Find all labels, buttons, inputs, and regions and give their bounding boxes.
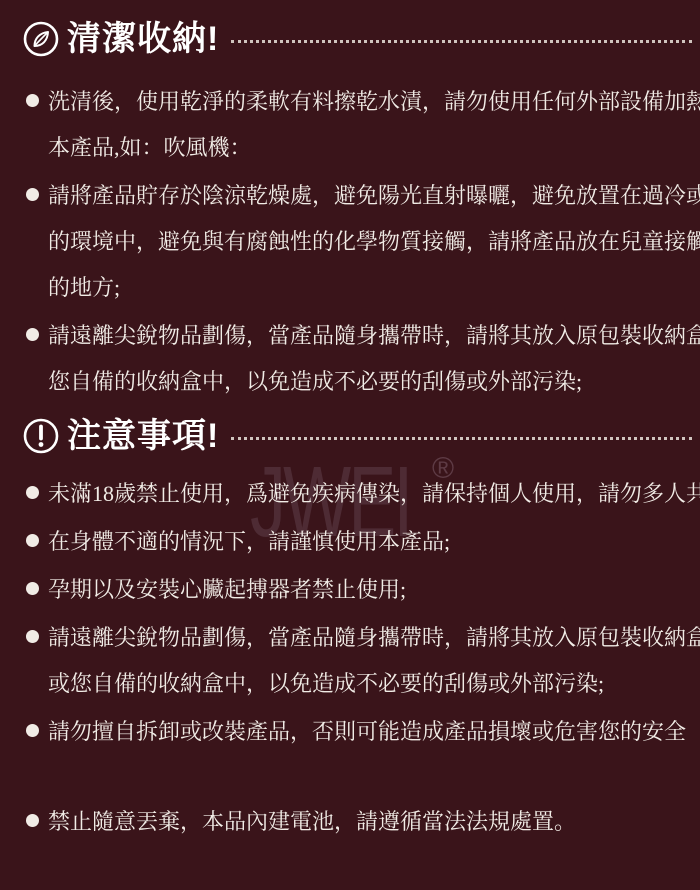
section-header-precautions: 注意事項! (22, 417, 700, 455)
bullet-dot (26, 94, 39, 107)
bullet-dot (26, 814, 39, 827)
care-instructions-leaflet: JWEI ® 清潔收納! 洗清後，使用乾淨的柔軟有料擦乾水漬，請勿使用任何外部設… (0, 0, 700, 890)
list-item: 未滿18歲禁止使用，爲避免疾病傳染，請保持個人使用，請勿多人共用; (26, 471, 696, 517)
exclamation-circle-icon (22, 417, 60, 455)
bullet-text: 孕期以及安裝心臟起搏器者禁止使用; (48, 567, 406, 613)
list-item-disposal: 禁止隨意丟棄，本品內建電池，請遵循當法法規處置。 (26, 799, 696, 845)
bullet-text: 請遠離尖銳物品劃傷，當產品隨身攜帶時，請將其放入原包裝收納盒中 或您自備的收納盒… (48, 615, 700, 707)
precautions-bullet-list: 未滿18歲禁止使用，爲避免疾病傳染，請保持個人使用，請勿多人共用; 在身體不適的… (26, 471, 700, 845)
list-item: 請勿擅自拆卸或改裝產品，否則可能造成產品損壞或危害您的安全 (26, 709, 696, 755)
bullet-dot (26, 328, 39, 341)
bullet-line: 的地方; (48, 265, 700, 311)
bullet-text: 在身體不適的情況下，請謹慎使用本產品; (48, 519, 450, 565)
bullet-line: 請將產品貯存於陰涼乾燥處，避免陽光直射曝曬，避免放置在過冷或過熱 (48, 173, 700, 219)
bullet-text: 禁止隨意丟棄，本品內建電池，請遵循當法法規處置。 (48, 799, 576, 845)
bullet-text: 洗清後，使用乾淨的柔軟有料擦乾水漬，請勿使用任何外部設備加熱烘乾 本產品,如：吹… (48, 79, 700, 171)
bullet-line: 您自備的收納盒中，以免造成不必要的刮傷或外部污染; (48, 359, 700, 405)
list-item: 孕期以及安裝心臟起搏器者禁止使用; (26, 567, 696, 613)
bullet-dot (26, 724, 39, 737)
bullet-line: 請勿擅自拆卸或改裝產品，否則可能造成產品損壞或危害您的安全 (48, 709, 686, 755)
bullet-text: 請將產品貯存於陰涼乾燥處，避免陽光直射曝曬，避免放置在過冷或過熱 的環境中，避免… (48, 173, 700, 311)
bullet-dot (26, 486, 39, 499)
bullet-dot (26, 534, 39, 547)
section-title-cleaning-storage: 清潔收納! (67, 20, 219, 58)
list-item: 請遠離尖銳物品劃傷，當產品隨身攜帶時，請將其放入原包裝收納盒中或 您自備的收納盒… (26, 313, 696, 405)
bullet-line: 的環境中，避免與有腐蝕性的化學物質接觸，請將產品放在兒童接觸不到 (48, 219, 700, 265)
bullet-dot (26, 188, 39, 201)
bullet-line: 請遠離尖銳物品劃傷，當產品隨身攜帶時，請將其放入原包裝收納盒中或 (48, 313, 700, 359)
bullet-line: 在身體不適的情況下，請謹慎使用本產品; (48, 519, 450, 565)
section-header-cleaning-storage: 清潔收納! (22, 0, 700, 58)
cleaning-storage-bullet-list: 洗清後，使用乾淨的柔軟有料擦乾水漬，請勿使用任何外部設備加熱烘乾 本產品,如：吹… (26, 79, 700, 405)
bullet-line: 本產品,如：吹風機： (48, 125, 700, 171)
bullet-line: 或您自備的收納盒中，以免造成不必要的刮傷或外部污染; (48, 661, 700, 707)
list-item: 請遠離尖銳物品劃傷，當產品隨身攜帶時，請將其放入原包裝收納盒中 或您自備的收納盒… (26, 615, 696, 707)
bullet-line: 未滿18歲禁止使用，爲避免疾病傳染，請保持個人使用，請勿多人共用; (48, 471, 700, 517)
list-item: 請將產品貯存於陰涼乾燥處，避免陽光直射曝曬，避免放置在過冷或過熱 的環境中，避免… (26, 173, 696, 311)
bullet-line: 禁止隨意丟棄，本品內建電池，請遵循當法法規處置。 (48, 799, 576, 845)
bullet-dot (26, 582, 39, 595)
list-item: 在身體不適的情況下，請謹慎使用本產品; (26, 519, 696, 565)
bullet-line: 孕期以及安裝心臟起搏器者禁止使用; (48, 567, 406, 613)
list-item: 洗清後，使用乾淨的柔軟有料擦乾水漬，請勿使用任何外部設備加熱烘乾 本產品,如：吹… (26, 79, 696, 171)
dotted-rule (231, 437, 692, 440)
bullet-text: 請勿擅自拆卸或改裝產品，否則可能造成產品損壞或危害您的安全 (48, 709, 686, 755)
leaflet-content: 清潔收納! 洗清後，使用乾淨的柔軟有料擦乾水漬，請勿使用任何外部設備加熱烘乾 本… (0, 0, 700, 845)
dotted-rule (231, 40, 692, 43)
bullet-text: 請遠離尖銳物品劃傷，當產品隨身攜帶時，請將其放入原包裝收納盒中或 您自備的收納盒… (48, 313, 700, 405)
bullet-line: 洗清後，使用乾淨的柔軟有料擦乾水漬，請勿使用任何外部設備加熱烘乾 (48, 79, 700, 125)
leaf-circle-icon (22, 20, 60, 58)
bullet-dot (26, 630, 39, 643)
section-title-precautions: 注意事項! (67, 417, 219, 455)
bullet-text: 未滿18歲禁止使用，爲避免疾病傳染，請保持個人使用，請勿多人共用; (48, 471, 700, 517)
bullet-line: 請遠離尖銳物品劃傷，當產品隨身攜帶時，請將其放入原包裝收納盒中 (48, 615, 700, 661)
